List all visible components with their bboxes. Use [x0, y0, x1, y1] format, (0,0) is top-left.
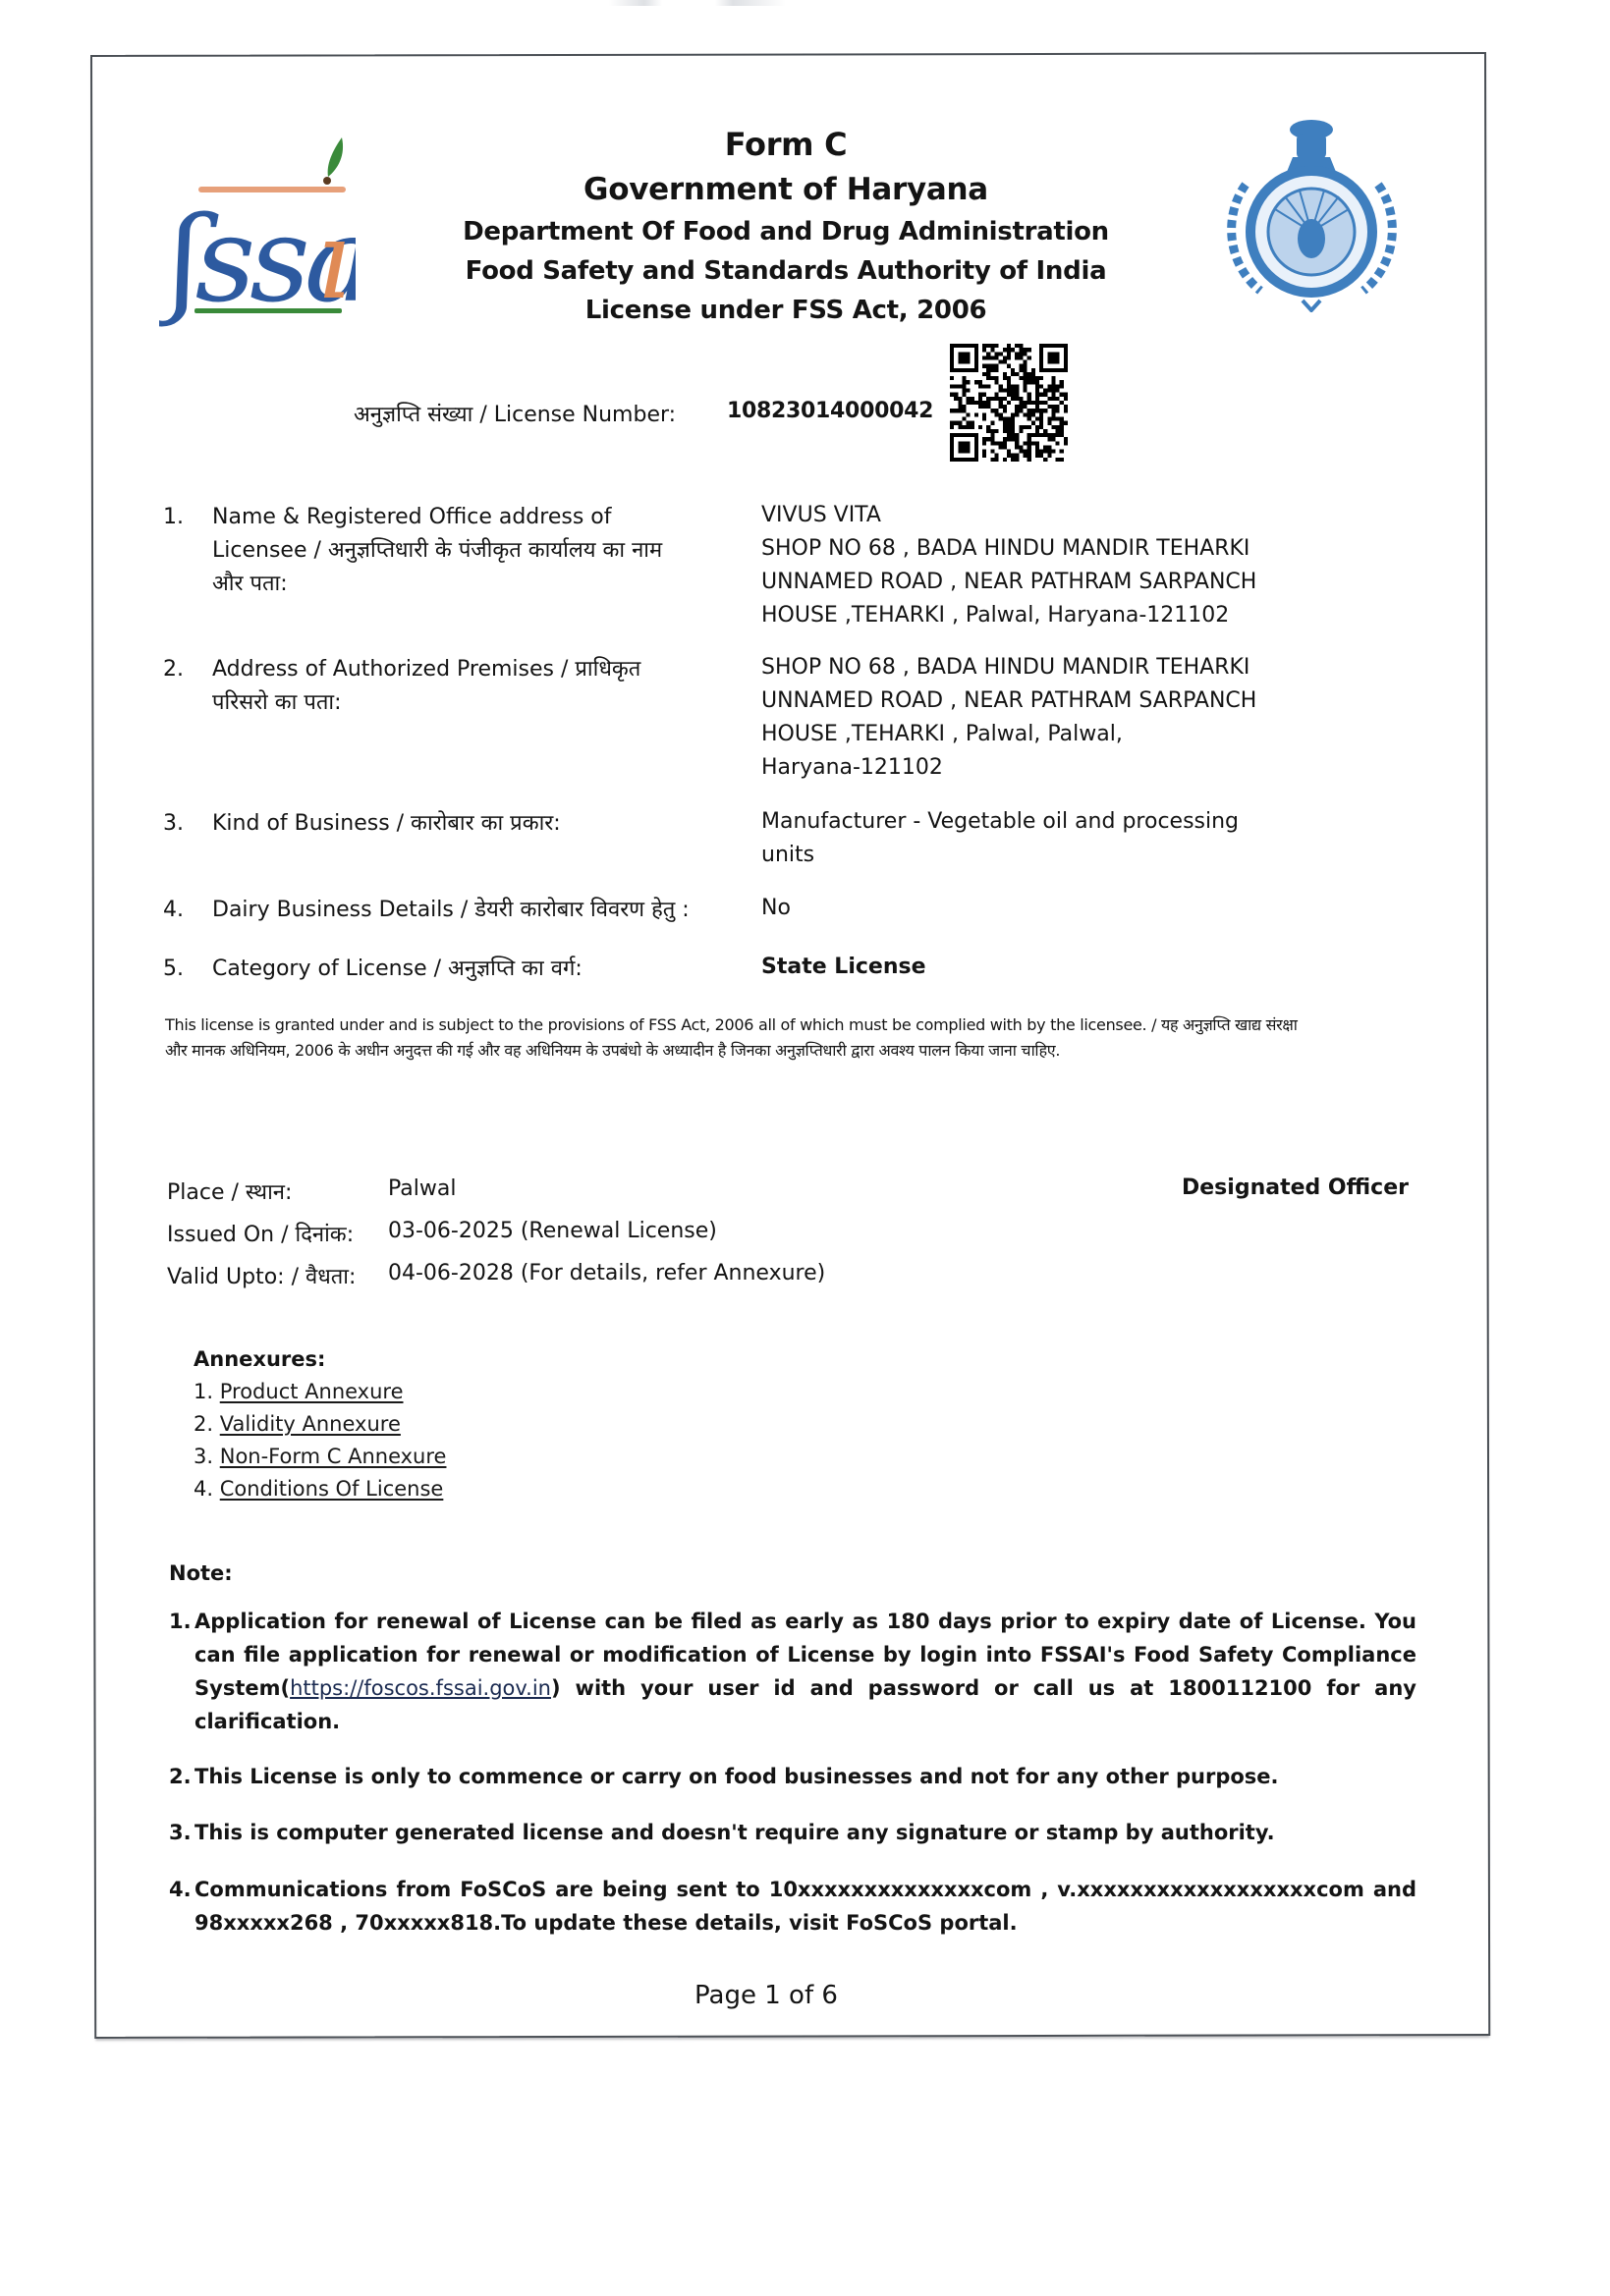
annexure-number: 3.: [194, 1445, 213, 1468]
item-value-line: UNNAMED ROAD , NEAR PATHRAM SARPANCH: [761, 566, 1351, 599]
item-value: VIVUS VITASHOP NO 68 , BADA HINDU MANDIR…: [761, 499, 1351, 632]
item-label: Name & Registered Office address ofLicen…: [212, 501, 723, 601]
scan-artifact: [609, 0, 786, 6]
item-value: SHOP NO 68 , BADA HINDU MANDIR TEHARKIUN…: [761, 651, 1351, 785]
note-item-2: 2. This License is only to commence or c…: [169, 1760, 1416, 1793]
note-number: 3.: [169, 1816, 192, 1849]
department-title: Department Of Food and Drug Administrati…: [432, 217, 1139, 246]
non-form-c-annexure-link[interactable]: Non-Form C Annexure: [220, 1445, 447, 1468]
license-number-label: अनुज्ञप्ति संख्या / License Number:: [354, 399, 676, 428]
license-number: 10823014000042: [727, 399, 933, 423]
fssai-logo: ʃssa ı: [159, 126, 356, 327]
item-number: 4.: [163, 898, 184, 922]
item-value-line: units: [761, 839, 1351, 872]
annexure-item: 2. Validity Annexure: [194, 1412, 401, 1436]
item-label: Kind of Business / कारोबार का प्रकार:: [212, 807, 723, 841]
item-value-line: VIVUS VITA: [761, 499, 1351, 532]
note-text: This is computer generated license and d…: [194, 1816, 1416, 1849]
act-title: License under FSS Act, 2006: [432, 296, 1139, 325]
annexure-number: 2.: [194, 1412, 213, 1436]
issued-on-label: Issued On / दिनांक:: [167, 1219, 354, 1248]
item-label-line: Category of License / अनुज्ञप्ति का वर्ग…: [212, 953, 723, 986]
item-label-line: Licensee / अनुज्ञप्तिधारी के पंजीकृत कार…: [212, 534, 723, 568]
item-value-line: UNNAMED ROAD , NEAR PATHRAM SARPANCH: [761, 684, 1351, 718]
item-value-line: No: [761, 892, 1351, 925]
note-number: 4.: [169, 1873, 192, 1906]
item-value-line: HOUSE ,TEHARKI , Palwal, Haryana-121102: [761, 599, 1351, 632]
note-title: Note:: [169, 1561, 233, 1585]
item-label: Address of Authorized Premises / प्राधिक…: [212, 653, 723, 720]
conditions-of-license-link[interactable]: Conditions Of License: [220, 1477, 444, 1501]
valid-upto-label: Valid Upto: / वैधता:: [167, 1261, 356, 1290]
note-item-1: 1. Application for renewal of License ca…: [169, 1605, 1416, 1738]
item-label-line: Address of Authorized Premises / प्राधिक…: [212, 653, 723, 686]
foscos-link[interactable]: https://foscos.fssai.gov.in: [290, 1676, 551, 1700]
note-number: 2.: [169, 1760, 192, 1793]
fssai-logo-icon: ʃssa ı: [159, 126, 356, 327]
authority-title: Food Safety and Standards Authority of I…: [432, 256, 1139, 286]
note-text: This License is only to commence or carr…: [194, 1760, 1416, 1793]
annexure-item: 1. Product Annexure: [194, 1380, 404, 1403]
item-label-line: Name & Registered Office address of: [212, 501, 723, 534]
item-label-line: Dairy Business Details / डेयरी कारोबार व…: [212, 894, 723, 927]
form-title: Form C: [432, 126, 1139, 163]
item-value-line: SHOP NO 68 , BADA HINDU MANDIR TEHARKI: [761, 651, 1351, 684]
valid-upto-value: 04-06-2028 (For details, refer Annexure): [388, 1261, 825, 1285]
item-value-line: Manufacturer - Vegetable oil and process…: [761, 805, 1351, 839]
item-label-line: और पता:: [212, 568, 723, 601]
annexures-title: Annexures:: [194, 1347, 325, 1371]
validity-annexure-link[interactable]: Validity Annexure: [220, 1412, 401, 1436]
place-value: Palwal: [388, 1176, 456, 1201]
haryana-seal-icon: [1216, 116, 1408, 312]
license-disclaimer: This license is granted under and is sub…: [165, 1012, 1305, 1064]
note-number: 1.: [169, 1605, 192, 1638]
note-item-4: 4. Communications from FoSCoS are being …: [169, 1873, 1416, 1940]
item-number: 3.: [163, 811, 184, 836]
item-value: State License: [761, 951, 1351, 984]
annexure-number: 1.: [194, 1380, 213, 1403]
item-label-line: Kind of Business / कारोबार का प्रकार:: [212, 807, 723, 841]
item-number: 5.: [163, 957, 184, 981]
annexure-item: 4. Conditions Of License: [194, 1477, 443, 1501]
item-value-line: State License: [761, 951, 1351, 984]
item-label: Dairy Business Details / डेयरी कारोबार व…: [212, 894, 723, 927]
place-label: Place / स्थान:: [167, 1176, 292, 1206]
product-annexure-link[interactable]: Product Annexure: [220, 1380, 404, 1403]
note-item-3: 3. This is computer generated license an…: [169, 1816, 1416, 1849]
government-title: Government of Haryana: [432, 172, 1139, 207]
item-label: Category of License / अनुज्ञप्ति का वर्ग…: [212, 953, 723, 986]
item-value: No: [761, 892, 1351, 925]
item-number: 1.: [163, 505, 184, 529]
svg-text:ı: ı: [316, 197, 351, 323]
note-text: Communications from FoSCoS are being sen…: [194, 1873, 1416, 1940]
haryana-emblem: [1216, 116, 1408, 312]
item-value-line: SHOP NO 68 , BADA HINDU MANDIR TEHARKI: [761, 532, 1351, 566]
item-number: 2.: [163, 657, 184, 682]
item-value: Manufacturer - Vegetable oil and process…: [761, 805, 1351, 872]
page-number: Page 1 of 6: [629, 1981, 904, 2010]
issued-on-value: 03-06-2025 (Renewal License): [388, 1219, 717, 1243]
item-value-line: HOUSE ,TEHARKI , Palwal, Palwal,: [761, 718, 1351, 751]
annexure-item: 3. Non-Form C Annexure: [194, 1445, 446, 1468]
item-label-line: परिसरो का पता:: [212, 686, 723, 720]
designated-officer: Designated Officer: [1182, 1175, 1409, 1200]
qr-code-icon[interactable]: [950, 344, 1068, 462]
item-value-line: Haryana-121102: [761, 751, 1351, 785]
annexure-number: 4.: [194, 1477, 213, 1501]
